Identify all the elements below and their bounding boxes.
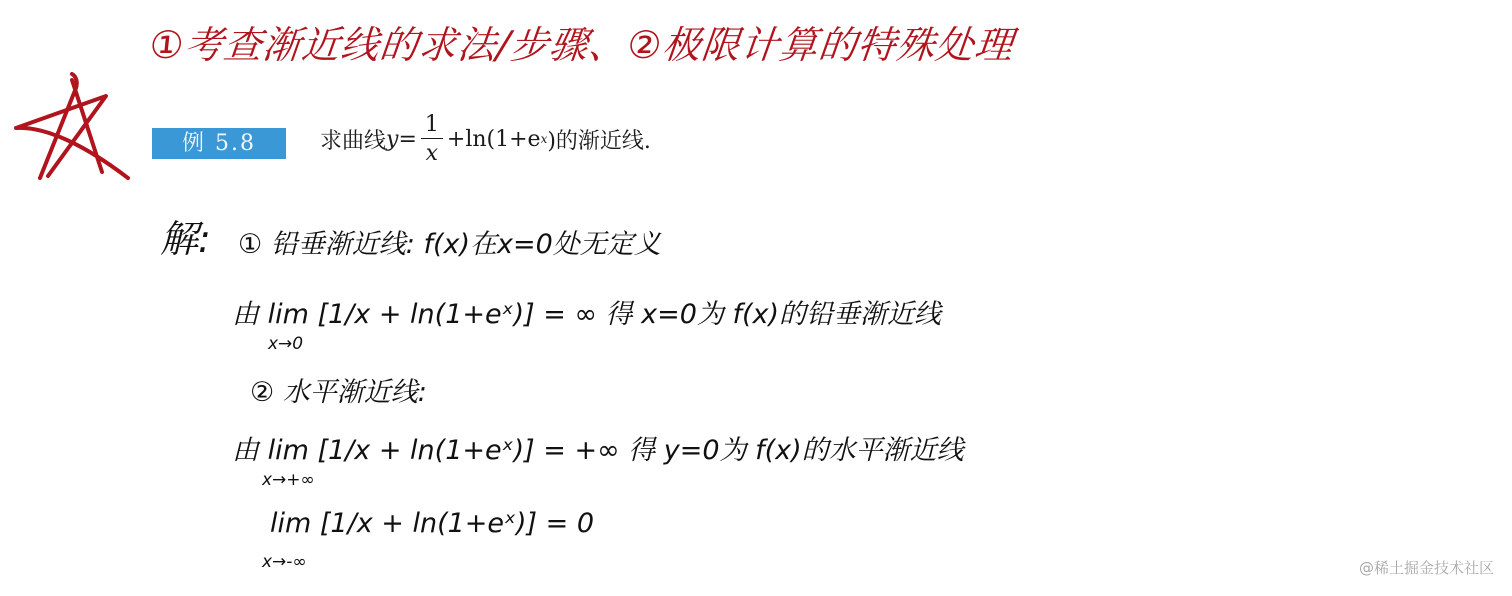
problem-suffix: )的渐近线. xyxy=(547,124,651,155)
solution-step-1-heading: ① 铅垂渐近线: f(x)在x=0处无定义 xyxy=(238,222,661,261)
problem-prefix: 求曲线 xyxy=(320,124,386,155)
solution-label: 解: xyxy=(160,208,211,263)
fraction: 1 x xyxy=(421,114,443,165)
solution-horizontal-limit-pos: 由 lim [1/x + ln(1+eˣ)] = +∞ 得 y=0为 f(x)的… xyxy=(232,428,964,467)
limit-subscript-pos-inf: x→+∞ xyxy=(262,470,315,490)
fraction-denominator: x xyxy=(426,139,438,165)
solution-horizontal-limit-neg: lim [1/x + ln(1+eˣ)] = 0 xyxy=(270,508,594,539)
fraction-numerator: 1 xyxy=(421,114,443,138)
star-icon xyxy=(6,68,136,188)
solution-vertical-limit: 由 lim [1/x + ln(1+eˣ)] = ∞ 得 x=0为 f(x)的铅… xyxy=(232,292,941,331)
limit-subscript-0: x→0 xyxy=(268,334,303,354)
problem-expression: +ln(1+e xyxy=(447,127,541,152)
equals-sign: = xyxy=(398,127,416,152)
solution-step-2-heading: ② 水平渐近线: xyxy=(250,370,427,409)
annotation-title: ①考查渐近线的求法/步骤、②极限计算的特殊处理 xyxy=(147,14,1017,69)
limit-subscript-neg-inf: x→-∞ xyxy=(262,552,307,572)
example-badge: 例 5.8 xyxy=(152,128,286,159)
exponent: x xyxy=(541,132,548,146)
problem-statement: 求曲线 y = 1 x +ln(1+ex)的渐近线. xyxy=(320,104,651,174)
y-variable: y xyxy=(386,127,398,152)
watermark: @稀土掘金技术社区 xyxy=(1359,557,1494,578)
